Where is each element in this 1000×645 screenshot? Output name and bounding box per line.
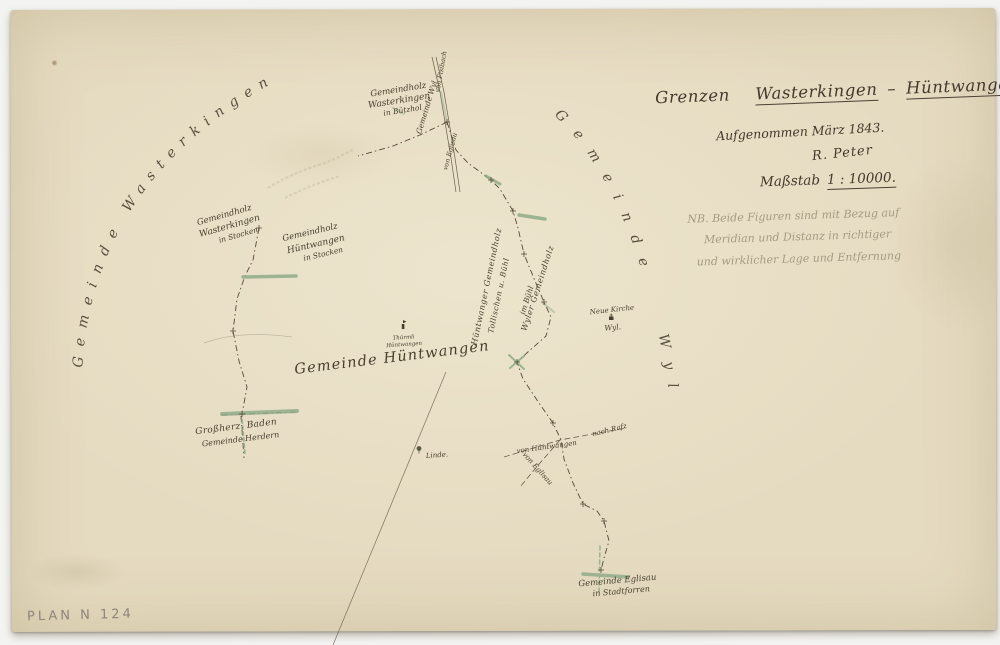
faint-pencil-annotation	[268, 149, 354, 198]
green-mark-stocken	[243, 276, 296, 277]
green-mark-baden	[222, 411, 297, 414]
pencil-scribble-line2	[285, 176, 340, 198]
green-boundary-marks	[222, 92, 628, 592]
arc-label-gemeinde-left: Gemeinde	[70, 218, 127, 369]
arc-label-wasterkingen: Wasterkingen	[119, 70, 278, 214]
label-holz-wasterkingen-stocken: Gemeindholz Wasterkingen in Stocken	[195, 201, 264, 249]
arc-text-gemeinde-right: Gemeinde	[551, 107, 656, 283]
linden-tree-symbol	[417, 446, 422, 453]
arc-label-gemeinde-right: Gemeinde	[551, 107, 656, 283]
tower-symbol	[402, 320, 407, 329]
arc-label-wyl: Wyl	[655, 332, 683, 402]
boundary-west	[233, 228, 259, 414]
faint-terrain-line	[204, 335, 292, 343]
boundary-north-spur	[358, 122, 447, 156]
road-label-von-fisibach: von Fisibach	[433, 50, 448, 92]
road-straight-south	[333, 372, 446, 645]
green-mark-buehl	[519, 215, 545, 219]
map-symbols	[402, 314, 614, 454]
church-symbol	[609, 314, 614, 321]
road-label-von-eglisau: von Eglisau	[521, 451, 555, 487]
pencil-scribble-line1	[268, 149, 354, 188]
arc-text-gemeinde-left: Gemeinde	[70, 218, 127, 369]
label-holz-huentwangen-stocken: Gemeindholz Hüntwangen in Stocken	[282, 221, 349, 267]
arc-text-wasterkingen: Wasterkingen	[119, 70, 278, 214]
arc-text-wyl: Wyl	[655, 332, 683, 402]
label-thuermli: Thürmli Hüntwangen	[385, 334, 423, 350]
neue-kirche-line2: Wyl.	[604, 322, 621, 333]
scanned-map-page: Grenzen Wasterkingen – Hüntwangen – Wyl.…	[0, 0, 1000, 645]
label-gemeinde-eglisau: Gemeinde Eglisau in Stadtforren	[578, 573, 658, 600]
map-drawing: Gemeinde Wasterkingen Gemeinde Wyl Gemei…	[0, 0, 1000, 645]
label-baden: Großherz. Baden Gemeinde Herdern	[195, 417, 280, 449]
label-linde: Linde.	[425, 450, 449, 460]
road-label-nach-rafz: nach Rafz	[591, 422, 627, 438]
